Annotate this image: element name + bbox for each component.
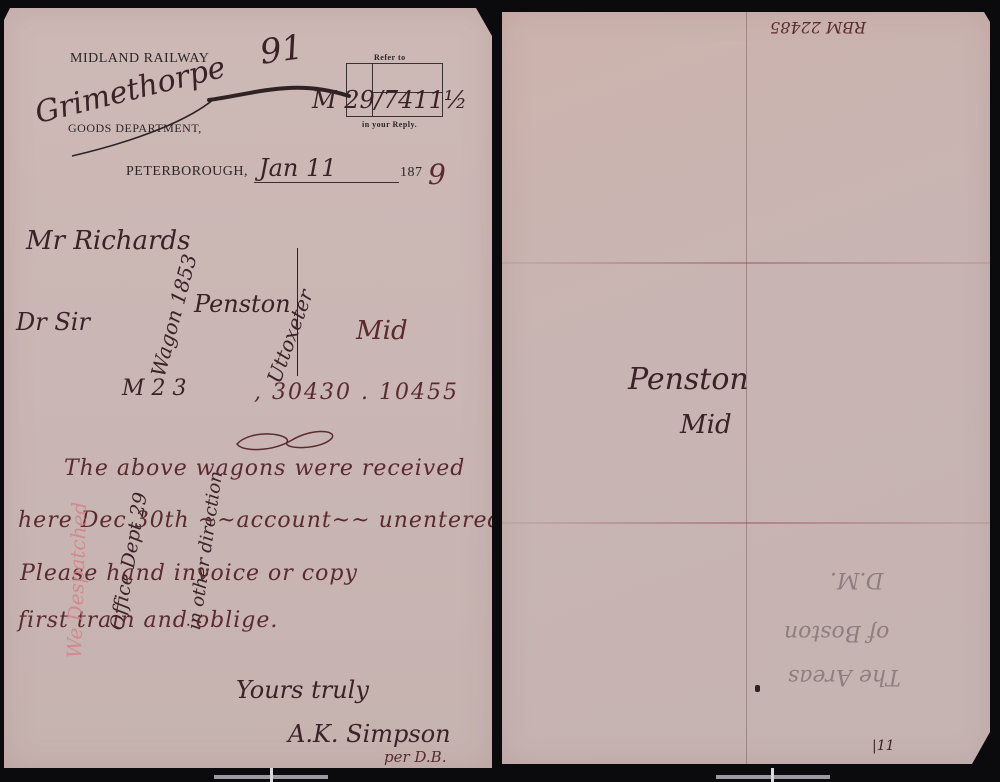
in-your-reply-label: in your Reply.	[362, 120, 417, 129]
vertical-note-penston: Penston	[194, 290, 291, 318]
vertical-note-direction: in other direction	[184, 470, 227, 631]
wagon-prefix: M 2 3	[122, 376, 187, 401]
stand-left-post	[270, 768, 273, 782]
year-digit: 9	[428, 158, 446, 191]
corner-mark: |11	[872, 738, 895, 754]
body-line-4: first train and oblige.	[18, 608, 278, 633]
red-margin-note: We Despatched	[62, 501, 91, 658]
letterhead-place: PETERBOROUGH,	[126, 164, 248, 180]
pencil-note-dm: D.M.	[830, 567, 883, 592]
folio-number: 91	[257, 27, 305, 73]
stand-right-post	[771, 768, 774, 782]
ink-blot	[755, 685, 760, 692]
letter-date: Jan 11	[259, 154, 337, 182]
wagon-numbers: , 30430 . 10455	[254, 380, 459, 405]
date-rule	[254, 182, 399, 183]
horizontal-fold-upper	[502, 262, 990, 264]
signature: A.K. Simpson	[288, 720, 451, 748]
archive-number: RBM 22485	[770, 18, 866, 37]
salutation: Dr Sir	[16, 308, 90, 336]
letter-back-page: RBM 22485 Penston Mid D.M. of Boston The…	[502, 12, 990, 764]
horizontal-fold-lower	[502, 522, 990, 524]
pencil-note-areas: The Areas	[788, 664, 901, 689]
loop-flourish	[232, 426, 342, 456]
bracket-line	[297, 248, 298, 376]
closing: Yours truly	[236, 676, 369, 704]
letterhead-year-prefix: 187	[400, 165, 423, 181]
signature-suffix: per D.B.	[384, 748, 446, 766]
addressee: Mr Richards	[26, 226, 190, 256]
reference-number: M 29/7411½	[312, 86, 467, 114]
letter-front-page: MIDLAND RAILWAY GOODS DEPARTMENT, PETERB…	[4, 8, 492, 768]
destination-mid: Mid	[356, 316, 408, 346]
refer-to-label: Refer to	[374, 53, 406, 62]
pencil-note-boston: of Boston	[784, 620, 889, 645]
body-line-1: The above wagons were received	[64, 456, 465, 481]
endorsement-mid: Mid	[680, 410, 732, 440]
endorsement-penston: Penston	[628, 362, 749, 397]
